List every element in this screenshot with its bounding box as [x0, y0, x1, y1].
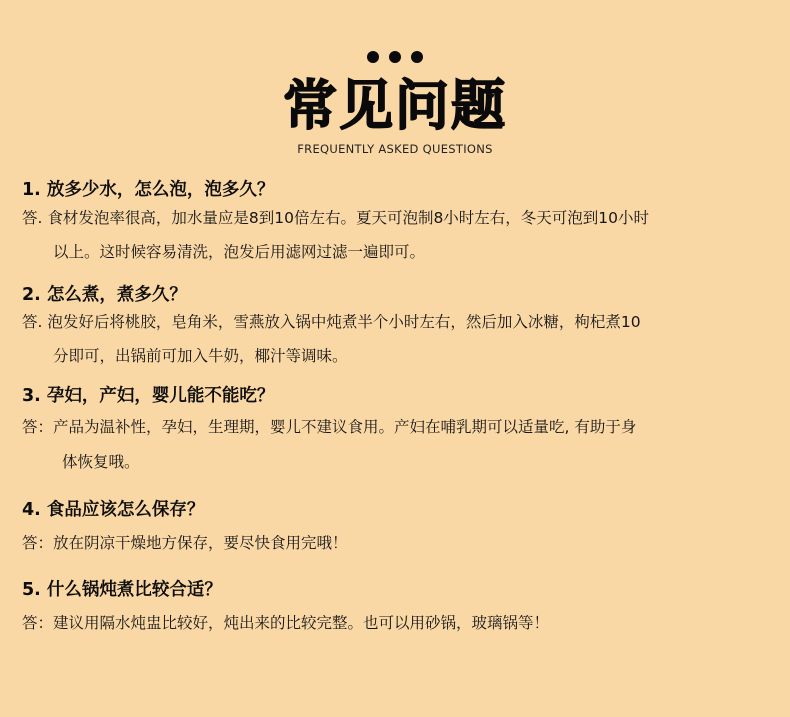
- faq-answer-3-line-1: 答：产品为温补性，孕妇，生理期，婴儿不建议食用。产妇在哺乳期可以适量吃, 有助于…: [22, 415, 636, 437]
- faq-question-1: 1. 放多少水，怎么泡，泡多久？: [22, 176, 274, 201]
- decorative-dots: [0, 50, 790, 64]
- faq-answer-2-line-1: 答. 泡发好后将桃胶，皂角米，雪燕放入锅中炖煮半个小时左右，然后加入冰糖，枸杞煮…: [22, 310, 641, 332]
- page-subtitle: FREQUENTLY ASKED QUESTIONS: [0, 142, 790, 156]
- faq-answer-3-line-2: 体恢复哦。: [62, 450, 140, 472]
- faq-answer-1-line-1: 答. 食材发泡率很高，加水量应是8到10倍左右。夏天可泡制8小时左右，冬天可泡到…: [22, 206, 649, 228]
- faq-answer-5-line-1: 答：建议用隔水炖盅比较好，炖出来的比较完整。也可以用砂锅，玻璃锅等！: [22, 611, 549, 633]
- faq-question-4: 4. 食品应该怎么保存？: [22, 496, 204, 521]
- dot-icon: [367, 51, 379, 63]
- dot-icon: [389, 51, 401, 63]
- faq-answer-4-line-1: 答：放在阴凉干燥地方保存，要尽快食用完哦！: [22, 531, 348, 553]
- faq-question-2: 2. 怎么煮，煮多久？: [22, 281, 187, 306]
- faq-question-3: 3. 孕妇，产妇，婴儿能不能吃？: [22, 382, 274, 407]
- dot-icon: [411, 51, 423, 63]
- page-title: 常见问题: [0, 76, 790, 136]
- faq-header: 常见问题 FREQUENTLY ASKED QUESTIONS: [0, 50, 790, 156]
- faq-answer-1-line-2: 以上。这时候容易清洗，泡发后用滤网过滤一遍即可。: [53, 240, 425, 262]
- faq-answer-2-line-2: 分即可，出锅前可加入牛奶，椰汁等调味。: [53, 344, 348, 366]
- faq-question-5: 5. 什么锅炖煮比较合适？: [22, 576, 222, 601]
